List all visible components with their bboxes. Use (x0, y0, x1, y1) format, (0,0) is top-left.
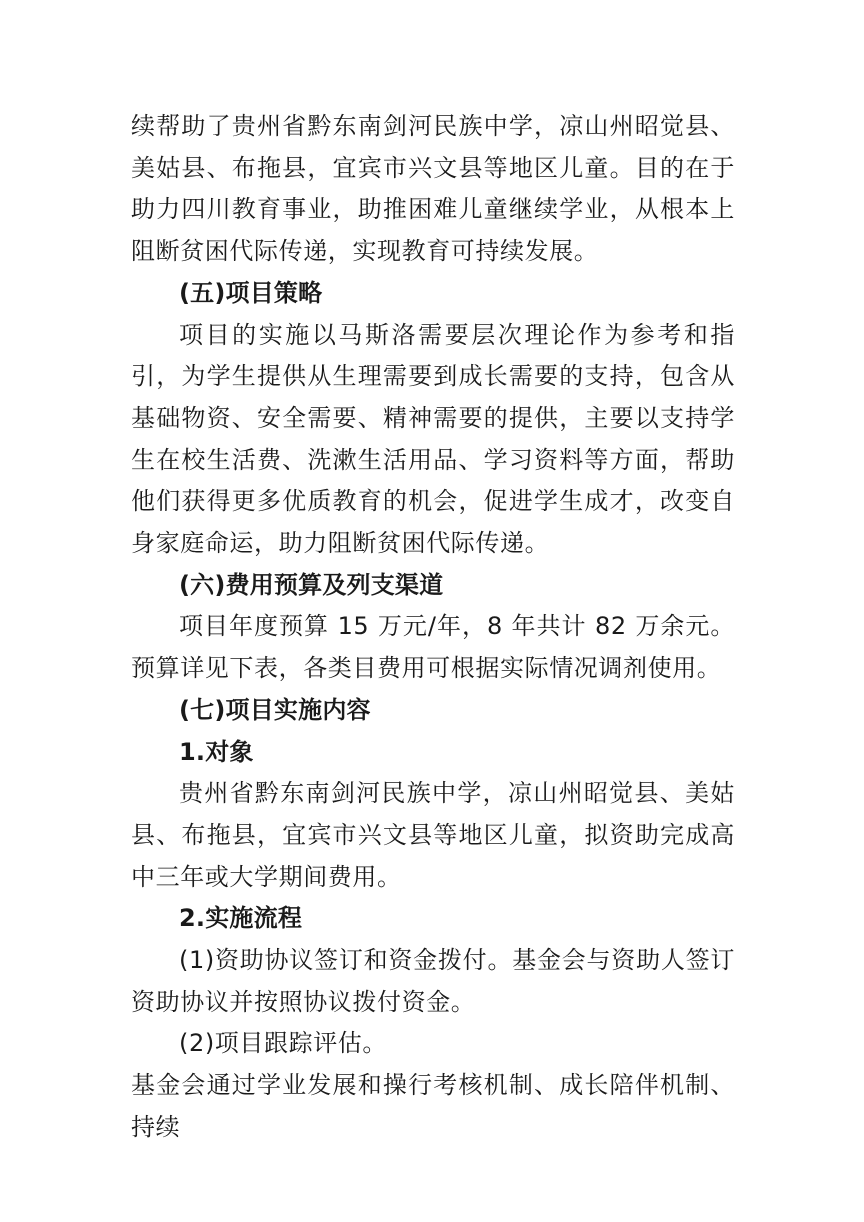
heading-process: 2.实施流程 (131, 898, 735, 940)
paragraph-process-step-1: (1)资助协议签订和资金拨付。基金会与资助人签订资助协议并按照协议拨付资金。 (131, 940, 735, 1023)
paragraph-continuation-intro: 续帮助了贵州省黔东南剑河民族中学，凉山州昭觉县、美姑县、布拖县，宜宾市兴文县等地… (131, 106, 735, 273)
document-page: 续帮助了贵州省黔东南剑河民族中学，凉山州昭觉县、美姑县、布拖县，宜宾市兴文县等地… (131, 106, 735, 1149)
paragraph-budget: 项目年度预算 15 万元/年，8 年共计 82 万余元。预算详见下表，各类目费用… (131, 606, 735, 689)
heading-target: 1.对象 (131, 732, 735, 774)
paragraph-tracking-continuation: 基金会通过学业发展和操行考核机制、成长陪伴机制、持续 (131, 1065, 735, 1148)
heading-project-strategy: (五)项目策略 (131, 273, 735, 315)
paragraph-target: 贵州省黔东南剑河民族中学，凉山州昭觉县、美姑县、布拖县，宜宾市兴文县等地区儿童，… (131, 773, 735, 898)
paragraph-process-step-2: (2)项目跟踪评估。 (131, 1023, 735, 1065)
heading-implementation-content: (七)项目实施内容 (131, 690, 735, 732)
paragraph-project-strategy: 项目的实施以马斯洛需要层次理论作为参考和指引，为学生提供从生理需要到成长需要的支… (131, 315, 735, 565)
heading-budget: (六)费用预算及列支渠道 (131, 565, 735, 607)
